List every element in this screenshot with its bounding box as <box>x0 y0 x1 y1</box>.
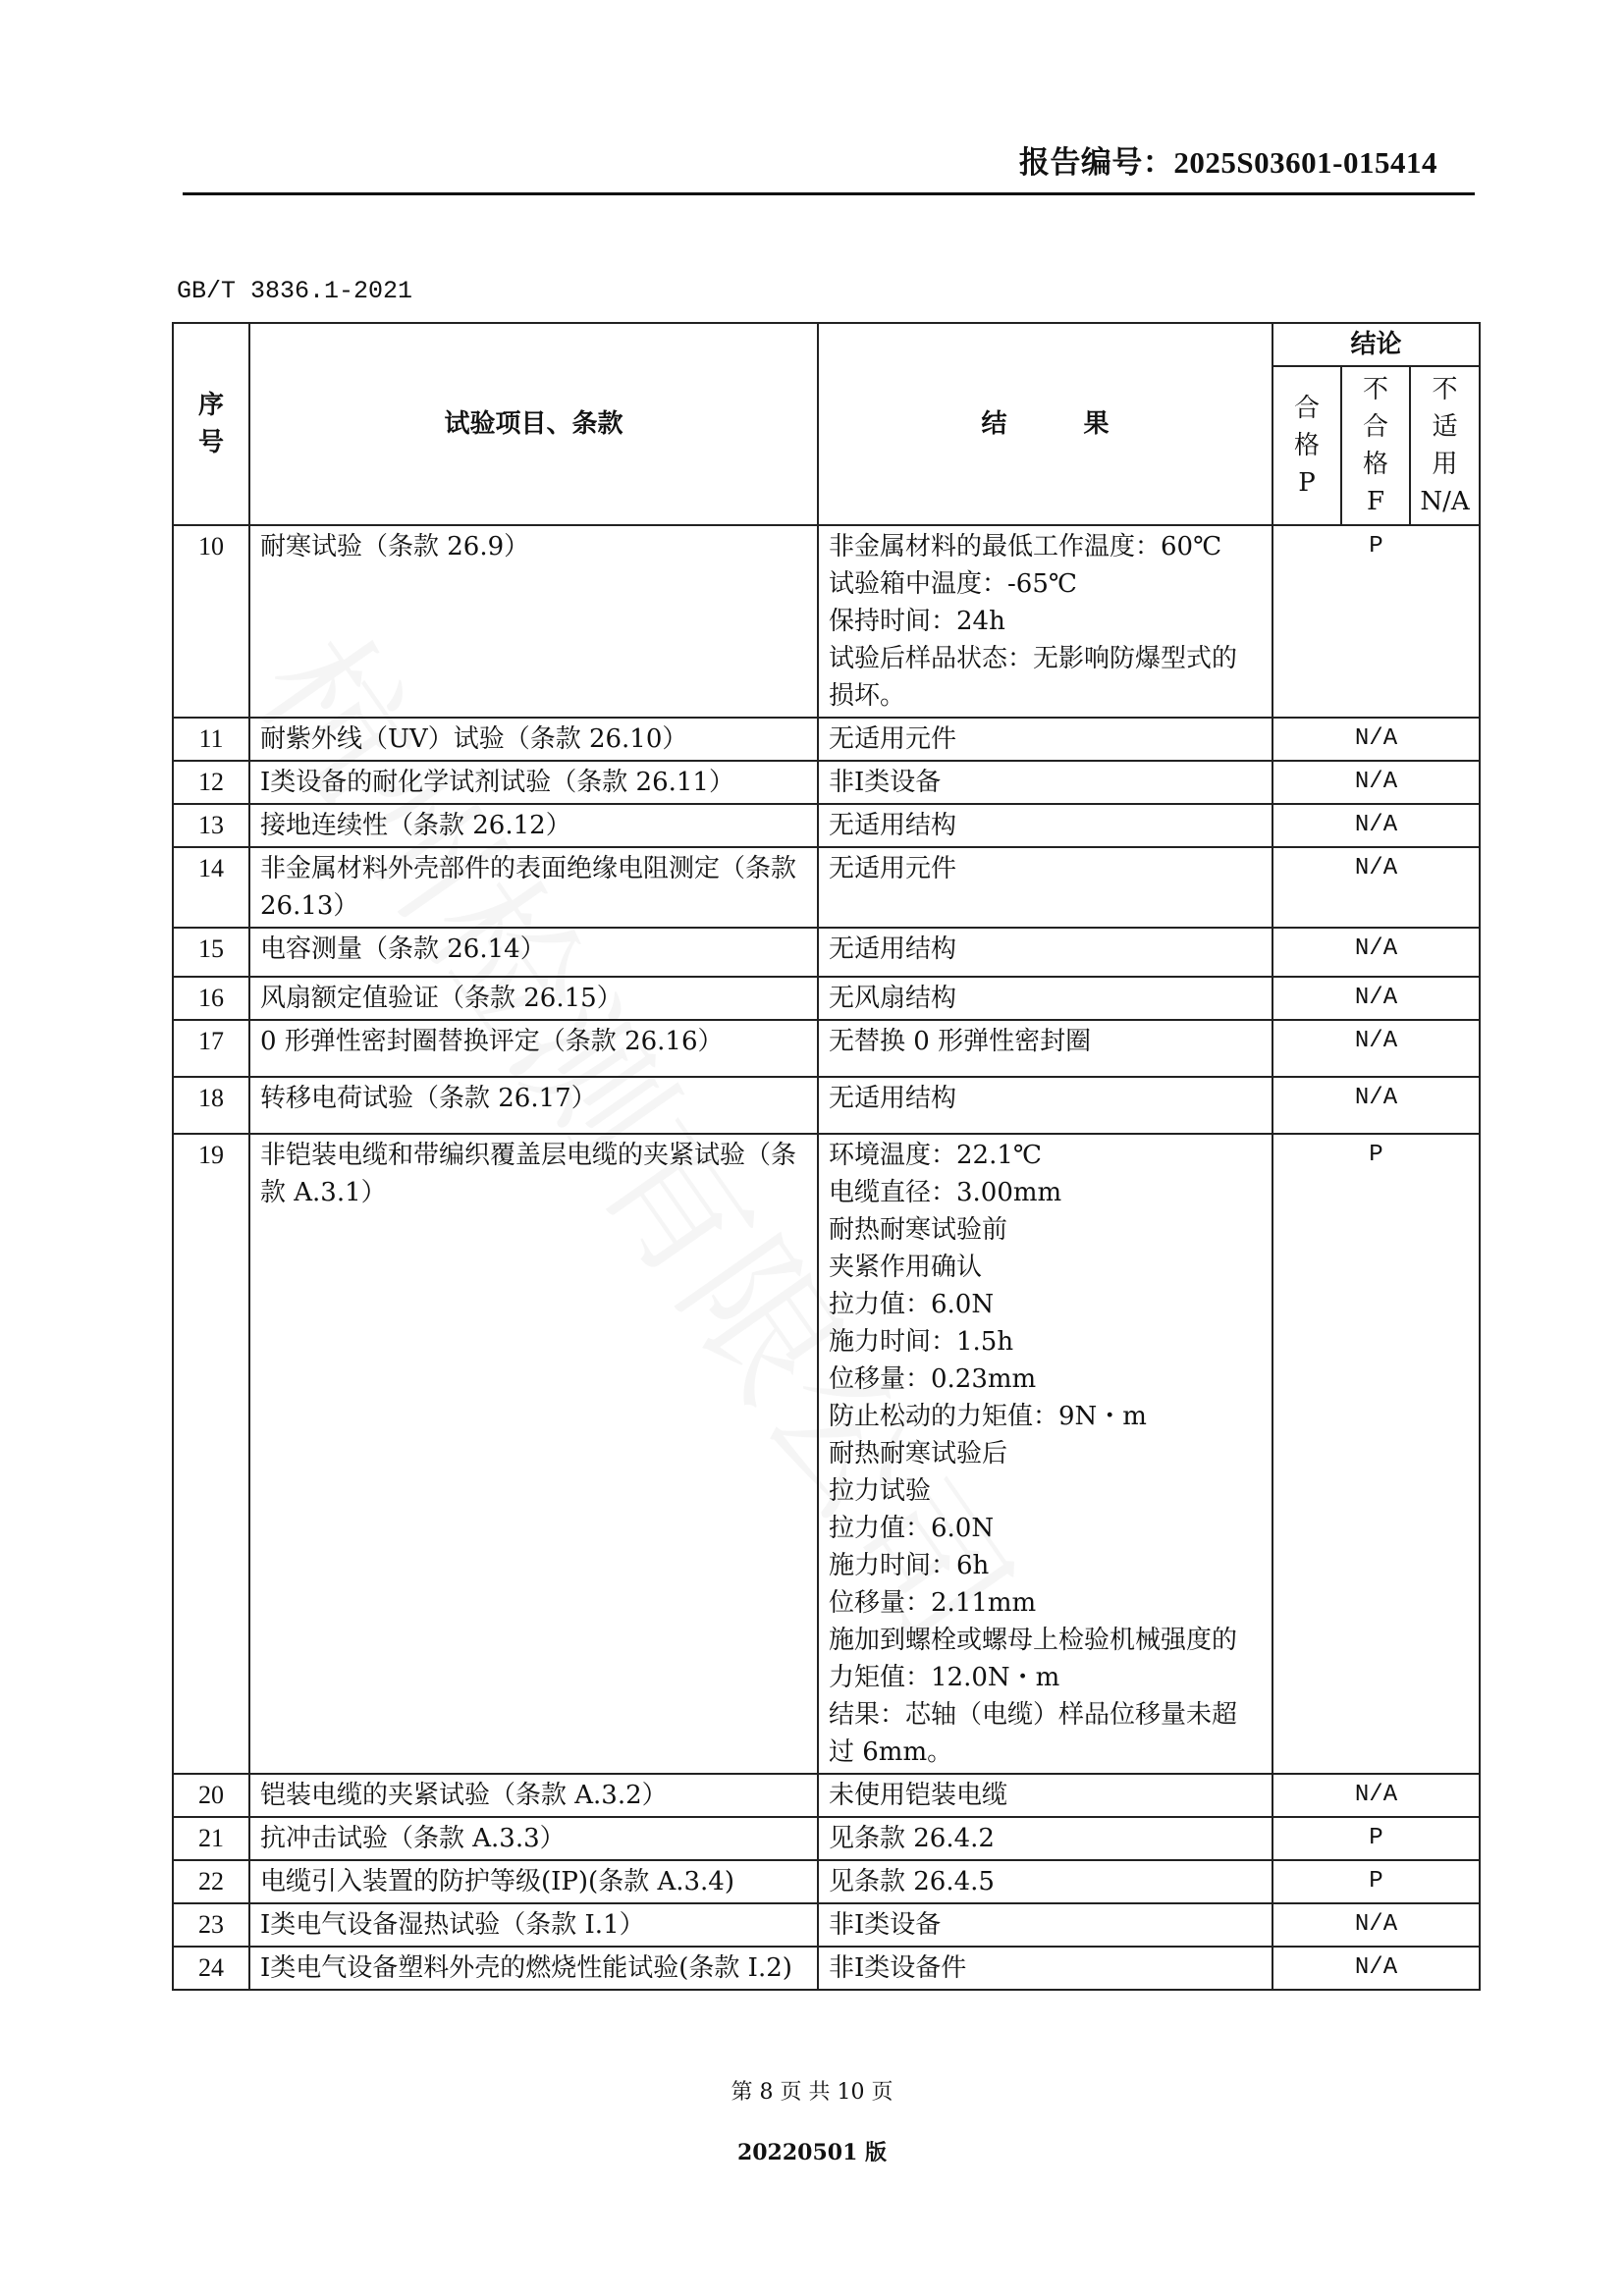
conclusion-value: N/A <box>1272 1774 1480 1817</box>
conclusion-value: N/A <box>1272 977 1480 1020</box>
test-item: 0 形弹性密封圈替换评定（条款 26.16） <box>249 1020 818 1077</box>
result-line: 无适用结构 <box>829 931 1262 968</box>
page-number: 第 8 页 共 10 页 <box>0 2075 1624 2106</box>
conclusion-value: N/A <box>1272 718 1480 761</box>
result-line: 拉力值：6.0N <box>829 1286 1262 1323</box>
test-item: 非金属材料外壳部件的表面绝缘电阻测定（条款 26.13） <box>249 847 818 928</box>
table-row: 19非铠装电缆和带编织覆盖层电缆的夹紧试验（条款 A.3.1）环境温度：22.1… <box>173 1134 1480 1774</box>
result-line: 无替换 0 形弹性密封圈 <box>829 1023 1262 1060</box>
conclusion-value: N/A <box>1272 1077 1480 1134</box>
conclusion-value: N/A <box>1272 761 1480 804</box>
row-number: 21 <box>173 1817 249 1860</box>
result-line: 见条款 26.4.2 <box>829 1820 1262 1857</box>
result-line: 保持时间：24h <box>829 603 1262 640</box>
test-result: 无适用元件 <box>818 718 1272 761</box>
header-result: 结 果 <box>818 323 1272 525</box>
conclusion-value: N/A <box>1272 1903 1480 1947</box>
conclusion-value: N/A <box>1272 847 1480 928</box>
test-result: 见条款 26.4.5 <box>818 1860 1272 1903</box>
test-result: 非Ⅰ类设备 <box>818 761 1272 804</box>
table-row: 20铠装电缆的夹紧试验（条款 A.3.2）未使用铠装电缆N/A <box>173 1774 1480 1817</box>
row-number: 24 <box>173 1947 249 1990</box>
conclusion-value: N/A <box>1272 928 1480 977</box>
conclusion-value: N/A <box>1272 1020 1480 1077</box>
test-item: 耐寒试验（条款 26.9） <box>249 525 818 718</box>
version-label: 20220501 版 <box>0 2136 1624 2166</box>
table-row: 15电容测量（条款 26.14）无适用结构N/A <box>173 928 1480 977</box>
result-line: 无风扇结构 <box>829 980 1262 1017</box>
test-result: 未使用铠装电缆 <box>818 1774 1272 1817</box>
result-line: 无适用结构 <box>829 1080 1262 1117</box>
result-line: 夹紧作用确认 <box>829 1249 1262 1286</box>
row-number: 12 <box>173 761 249 804</box>
result-line: 施力时间：6h <box>829 1547 1262 1584</box>
test-item: 风扇额定值验证（条款 26.15） <box>249 977 818 1020</box>
result-line: 电缆直径：3.00mm <box>829 1174 1262 1211</box>
result-line: 非金属材料的最低工作温度：60℃ <box>829 528 1262 565</box>
table-body: 10耐寒试验（条款 26.9）非金属材料的最低工作温度：60℃试验箱中温度：-6… <box>173 525 1480 1990</box>
result-line: 耐热耐寒试验后 <box>829 1435 1262 1472</box>
report-number: 报告编号：2025S03601-015414 <box>1019 137 1437 182</box>
conclusion-value: P <box>1272 1817 1480 1860</box>
row-number: 23 <box>173 1903 249 1947</box>
header-conclusion: 结论 <box>1272 323 1480 366</box>
row-number: 18 <box>173 1077 249 1134</box>
test-item: Ⅰ类设备的耐化学试剂试验（条款 26.11） <box>249 761 818 804</box>
result-line: 无适用元件 <box>829 850 1262 887</box>
header-pass: 合格P <box>1272 366 1341 525</box>
result-line: 施力时间：1.5h <box>829 1323 1262 1361</box>
test-result: 无适用元件 <box>818 847 1272 928</box>
row-number: 22 <box>173 1860 249 1903</box>
conclusion-value: P <box>1272 1134 1480 1774</box>
test-result: 无适用结构 <box>818 928 1272 977</box>
row-number: 13 <box>173 804 249 847</box>
test-item: 耐紫外线（UV）试验（条款 26.10） <box>249 718 818 761</box>
conclusion-value: P <box>1272 1860 1480 1903</box>
conclusion-value: N/A <box>1272 1947 1480 1990</box>
result-line: 无适用结构 <box>829 807 1262 844</box>
table-row: 16风扇额定值验证（条款 26.15）无风扇结构N/A <box>173 977 1480 1020</box>
test-item: 电容测量（条款 26.14） <box>249 928 818 977</box>
conclusion-value: N/A <box>1272 804 1480 847</box>
test-item: 接地连续性（条款 26.12） <box>249 804 818 847</box>
table-row: 170 形弹性密封圈替换评定（条款 26.16）无替换 0 形弹性密封圈N/A <box>173 1020 1480 1077</box>
test-item: 电缆引入装置的防护等级(IP)(条款 A.3.4) <box>249 1860 818 1903</box>
test-result: 见条款 26.4.2 <box>818 1817 1272 1860</box>
test-result: 无替换 0 形弹性密封圈 <box>818 1020 1272 1077</box>
table-row: 10耐寒试验（条款 26.9）非金属材料的最低工作温度：60℃试验箱中温度：-6… <box>173 525 1480 718</box>
result-line: 结果：芯轴（电缆）样品位移量未超过 6mm。 <box>829 1696 1262 1771</box>
test-result: 非金属材料的最低工作温度：60℃试验箱中温度：-65℃保持时间：24h试验后样品… <box>818 525 1272 718</box>
test-result: 非Ⅰ类设备 <box>818 1903 1272 1947</box>
table-row: 24Ⅰ类电气设备塑料外壳的燃烧性能试验(条款 I.2)非Ⅰ类设备件N/A <box>173 1947 1480 1990</box>
result-line: 位移量：0.23mm <box>829 1361 1262 1398</box>
result-line: 防止松动的力矩值：9N・m <box>829 1398 1262 1435</box>
result-line: 非Ⅰ类设备 <box>829 764 1262 801</box>
test-item: 抗冲击试验（条款 A.3.3） <box>249 1817 818 1860</box>
result-line: 环境温度：22.1℃ <box>829 1137 1262 1174</box>
test-result: 无适用结构 <box>818 804 1272 847</box>
row-number: 20 <box>173 1774 249 1817</box>
test-item: 铠装电缆的夹紧试验（条款 A.3.2） <box>249 1774 818 1817</box>
test-item: 非铠装电缆和带编织覆盖层电缆的夹紧试验（条款 A.3.1） <box>249 1134 818 1774</box>
header-fail: 不合格F <box>1341 366 1410 525</box>
row-number: 17 <box>173 1020 249 1077</box>
row-number: 15 <box>173 928 249 977</box>
test-item: 转移电荷试验（条款 26.17） <box>249 1077 818 1134</box>
result-line: 无适用元件 <box>829 721 1262 758</box>
header-no: 序号 <box>173 323 249 525</box>
report-number-value: 2025S03601-015414 <box>1173 145 1437 180</box>
table-row: 18转移电荷试验（条款 26.17）无适用结构N/A <box>173 1077 1480 1134</box>
header-item: 试验项目、条款 <box>249 323 818 525</box>
header-na: 不适用N/A <box>1410 366 1480 525</box>
test-item: Ⅰ类电气设备塑料外壳的燃烧性能试验(条款 I.2) <box>249 1947 818 1990</box>
result-line: 耐热耐寒试验前 <box>829 1211 1262 1249</box>
table-row: 11耐紫外线（UV）试验（条款 26.10）无适用元件N/A <box>173 718 1480 761</box>
table-row: 14非金属材料外壳部件的表面绝缘电阻测定（条款 26.13）无适用元件N/A <box>173 847 1480 928</box>
result-line: 试验后样品状态：无影响防爆型式的损坏。 <box>829 640 1262 715</box>
test-result: 无风扇结构 <box>818 977 1272 1020</box>
test-result: 非Ⅰ类设备件 <box>818 1947 1272 1990</box>
result-line: 施加到螺栓或螺母上检验机械强度的力矩值：12.0N・m <box>829 1622 1262 1696</box>
table-row: 22电缆引入装置的防护等级(IP)(条款 A.3.4)见条款 26.4.5P <box>173 1860 1480 1903</box>
result-line: 未使用铠装电缆 <box>829 1777 1262 1814</box>
row-number: 16 <box>173 977 249 1020</box>
test-item: Ⅰ类电气设备湿热试验（条款 I.1） <box>249 1903 818 1947</box>
table-row: 12Ⅰ类设备的耐化学试剂试验（条款 26.11）非Ⅰ类设备N/A <box>173 761 1480 804</box>
row-number: 19 <box>173 1134 249 1774</box>
header-rule <box>183 192 1475 195</box>
result-line: 拉力值：6.0N <box>829 1510 1262 1547</box>
table-row: 21抗冲击试验（条款 A.3.3）见条款 26.4.2P <box>173 1817 1480 1860</box>
conclusion-value: P <box>1272 525 1480 718</box>
result-line: 位移量：2.11mm <box>829 1584 1262 1622</box>
table-row: 23Ⅰ类电气设备湿热试验（条款 I.1）非Ⅰ类设备N/A <box>173 1903 1480 1947</box>
standard-code: GB/T 3836.1-2021 <box>177 277 412 305</box>
row-number: 10 <box>173 525 249 718</box>
result-line: 见条款 26.4.5 <box>829 1863 1262 1900</box>
test-result: 无适用结构 <box>818 1077 1272 1134</box>
test-results-table: 序号 试验项目、条款 结 果 结论 合格P 不合格F 不适用N/A 10耐寒试验… <box>172 322 1481 1991</box>
result-line: 试验箱中温度：-65℃ <box>829 565 1262 603</box>
result-line: 拉力试验 <box>829 1472 1262 1510</box>
result-line: 非Ⅰ类设备 <box>829 1906 1262 1944</box>
table-row: 13接地连续性（条款 26.12）无适用结构N/A <box>173 804 1480 847</box>
test-result: 环境温度：22.1℃电缆直径：3.00mm耐热耐寒试验前夹紧作用确认拉力值：6.… <box>818 1134 1272 1774</box>
report-number-label: 报告编号： <box>1019 145 1174 180</box>
result-line: 非Ⅰ类设备件 <box>829 1949 1262 1987</box>
row-number: 11 <box>173 718 249 761</box>
row-number: 14 <box>173 847 249 928</box>
